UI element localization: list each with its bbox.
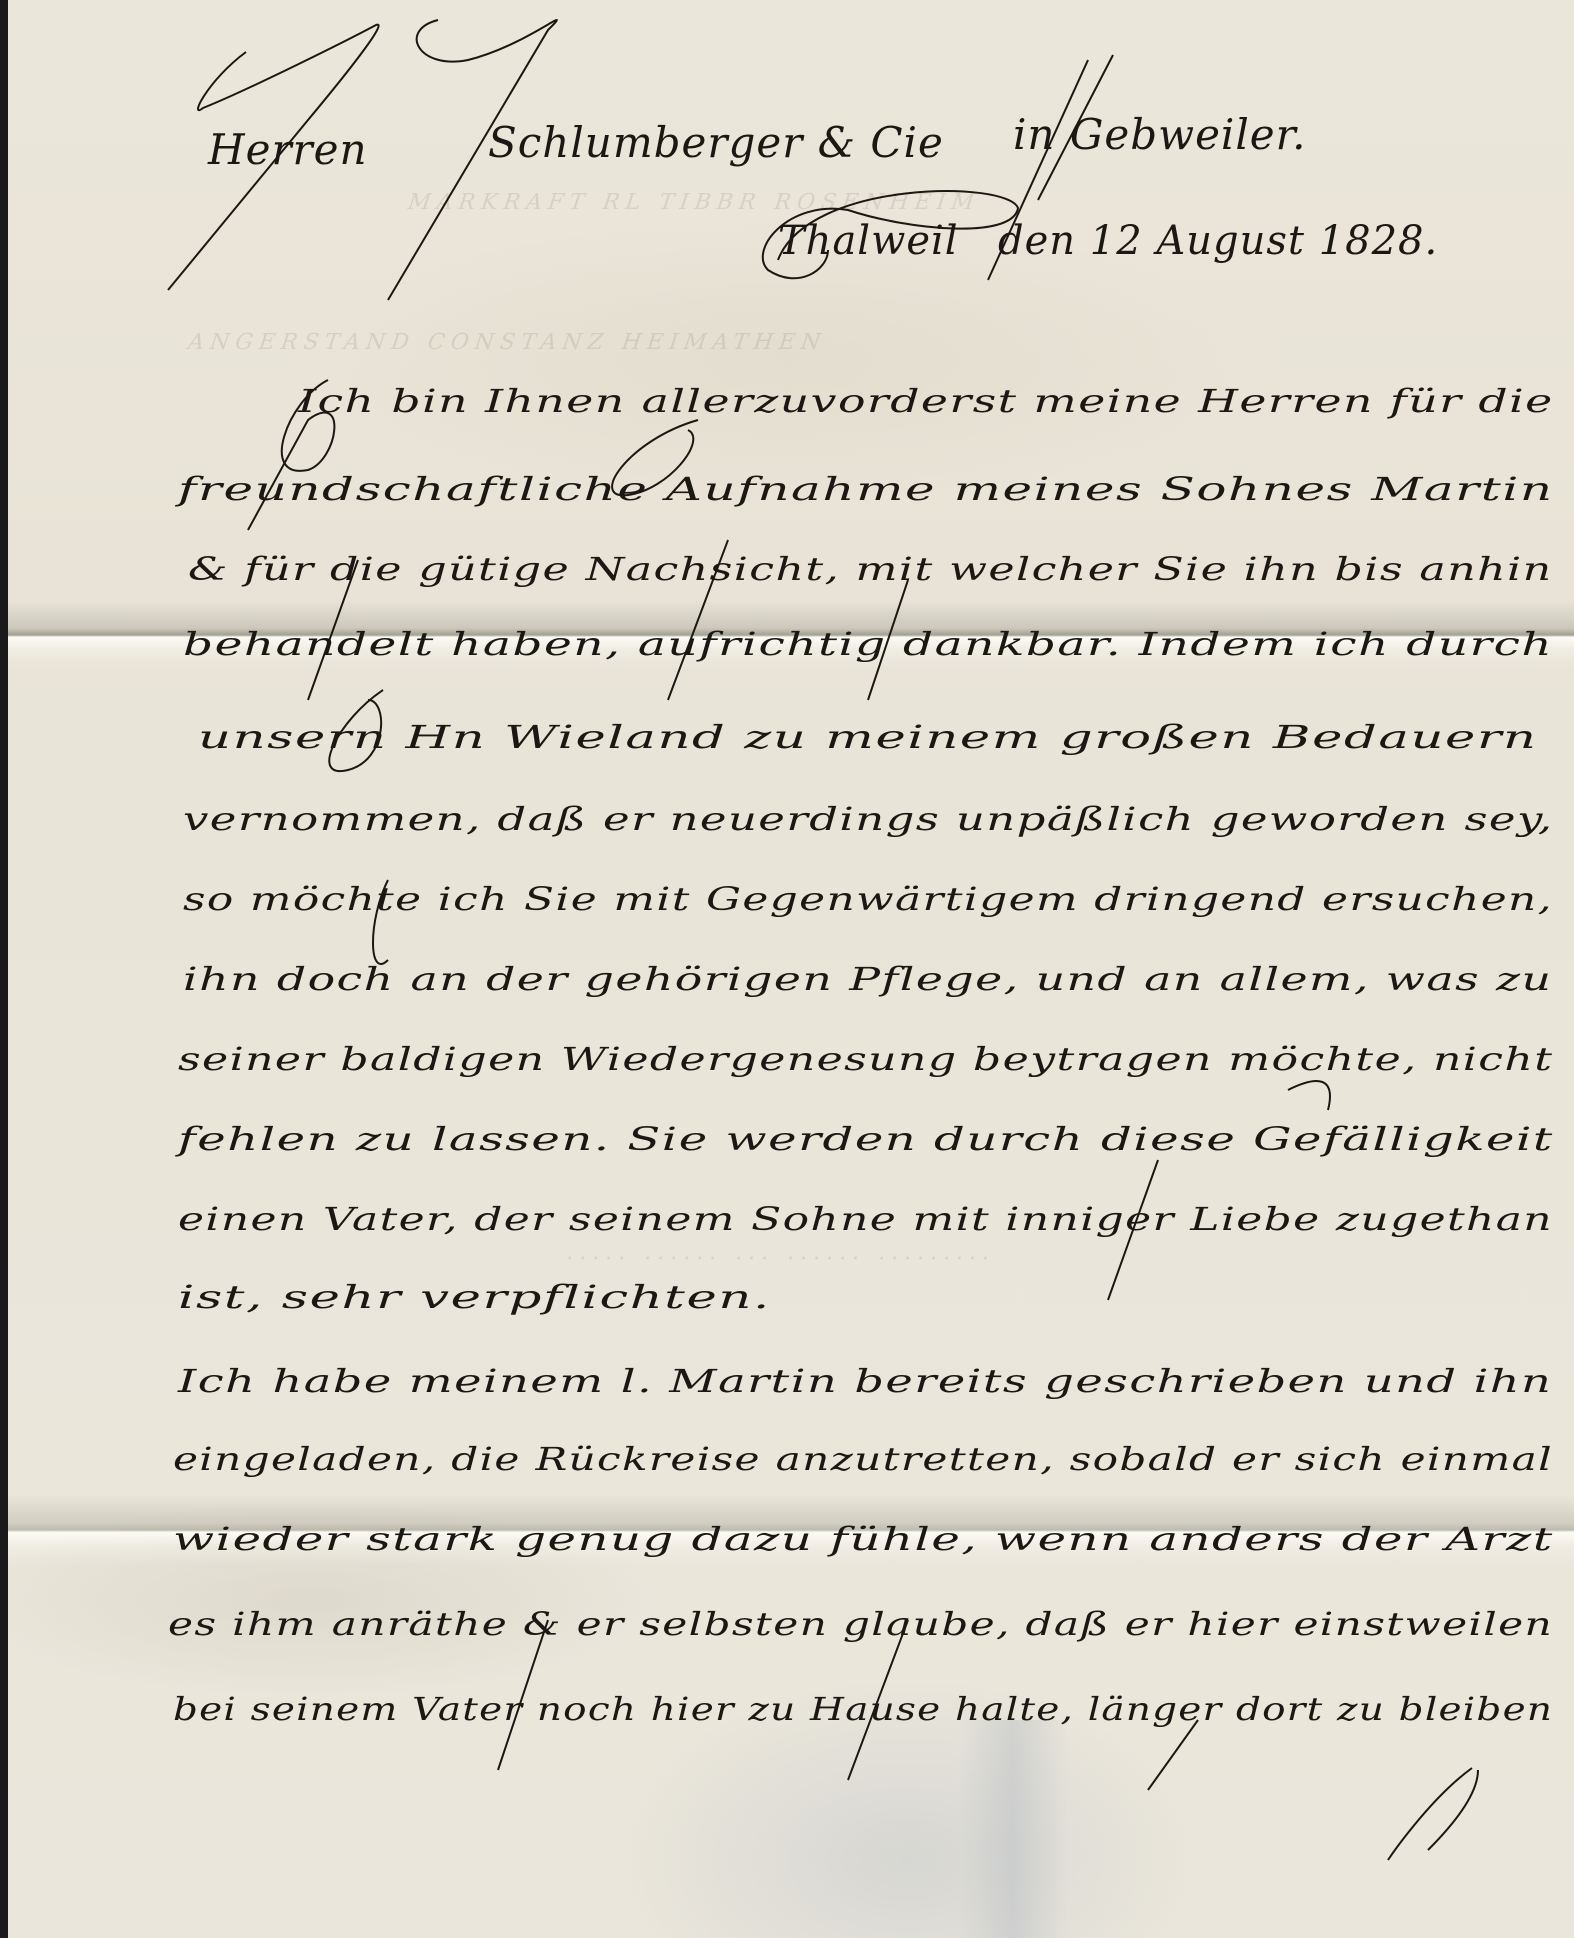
dateline-date: den 12 August 1828. [998,218,1438,264]
body-line: eingeladen, die Rückreise anzutretten, s… [173,1440,1553,1478]
address-salutation: Herren [208,125,368,174]
body-line: seiner baldigen Wiedergenesung beytragen… [178,1040,1553,1078]
body-line: behandelt haben, aufrichtig dankbar. Ind… [183,625,1553,663]
body-line: bei seinem Vater noch hier zu Hause halt… [173,1690,1553,1728]
body-line: freundschaftliche Aufnahme meines Sohnes… [178,470,1554,508]
body-line: Ich bin Ihnen allerzuvorderst meine Herr… [298,382,1554,420]
body-line: Ich habe meinem l. Martin bereits geschr… [178,1362,1552,1400]
letter-sheet: MARKRAFT RL TIBBR ROSENHEIM ANGERSTAND C… [8,0,1574,1938]
body-line: wieder stark genug dazu fühle, wenn ande… [173,1520,1554,1558]
body-line: vernommen, daß er neuerdings unpäßlich g… [183,800,1553,838]
body-line: ist, sehr verpflichten. [178,1278,771,1316]
body-line: so möchte ich Sie mit Gegenwärtigem drin… [183,880,1553,918]
dateline-place: Thalweil [778,218,959,264]
bleed-through-text: ..... ...... ... ...... ......... [564,1240,1001,1265]
body-line: ihn doch an der gehörigen Pflege, und an… [183,960,1552,998]
body-line: & für die gütige Nachsicht, mit welcher … [188,550,1553,588]
body-line: fehlen zu lassen. Sie werden durch diese… [178,1120,1554,1158]
water-stain [958,1720,1068,1938]
bleed-through-text: MARKRAFT RL TIBBR ROSENHEIM [404,190,984,215]
address-location: in Gebweiler. [1013,110,1306,159]
address-name: Schlumberger & Cie [488,118,944,167]
body-line: unsern Hn Wieland zu meinem großen Bedau… [198,718,1538,756]
bleed-through-text: ANGERSTAND CONSTANZ HEIMATHEN [184,330,830,355]
body-line: es ihm anräthe & er selbsten glaube, daß… [168,1605,1553,1643]
body-line: einen Vater, der seinem Sohne mit innige… [178,1200,1553,1238]
